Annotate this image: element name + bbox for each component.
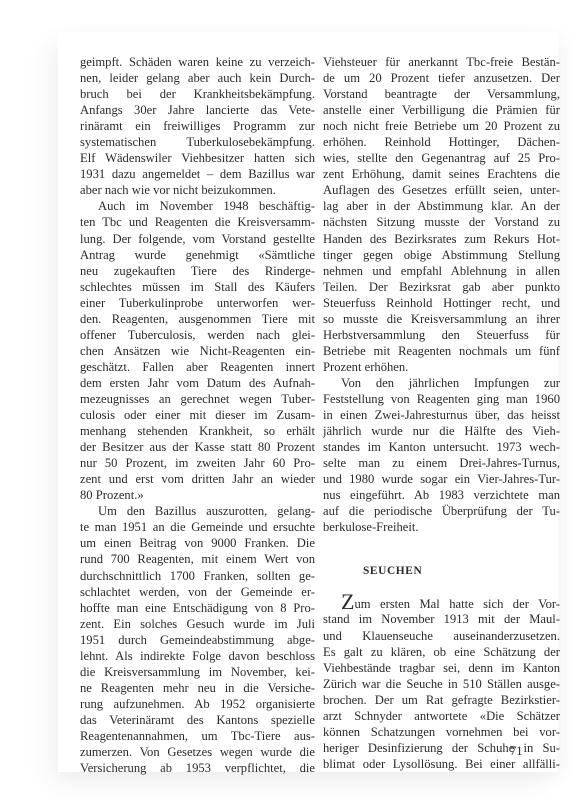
text-line: Elf Wädenswiler Viehbesitzer hatten sich [80, 150, 315, 166]
text-line: auf die periodische Überprüfung der Tu- [323, 503, 560, 519]
text-line: brochen. Der um Rat gefragte Bezirkstier… [323, 692, 560, 708]
right-column: Viehsteuer für anerkannt Tbc-freie Bestä… [323, 54, 560, 772]
paragraph-tuberculosis-continued: geimpft. Schäden waren keine zu verzeich… [80, 54, 315, 198]
text-line: nächsten Sitzung musste der Vorstand zu [323, 214, 560, 230]
text-line: das Veterinäramt des Kantons spezielle [80, 712, 315, 728]
text-line: einer Tuberkulinprobe unterworfen wer- [80, 295, 315, 311]
text-line: hoffte man eine Entschädigung von 8 Pro- [80, 600, 315, 616]
text-line: Vorstand beantragte der Versammlung, [323, 86, 560, 102]
text-line: und Klauenseuche auseinanderzusetzen. [323, 628, 560, 644]
text-line: Von den jährlichen Impfungen zur [323, 375, 560, 391]
text-line: Viehbestände tragbar sei, denn im Kanton [323, 660, 560, 676]
text-line: nur 50 Prozent, im zweiten Jahr 60 Pro- [80, 455, 315, 471]
text-line: dem ersten Jahr vom Datum des Aufnah- [80, 375, 315, 391]
text-line: Viehsteuer für anerkannt Tbc-freie Bestä… [323, 54, 560, 70]
text-line-first: Zum ersten Mal hatte sich der Vor- [323, 595, 560, 611]
text-line: den. Reagenten, ausgenommen Tiere mit [80, 311, 315, 327]
paragraph-impfungen: Von den jährlichen Impfungen zur Festste… [323, 375, 560, 535]
text-line: rinäramt ein freiwilliges Programm zur [80, 118, 315, 134]
text-line: Teilen. Der Bezirksrat gab aber punkto [323, 279, 560, 295]
text-line: ten Tbc und Reagenten die Kreisversamm- [80, 214, 315, 230]
text-line: schlechtes müssen im Stall des Käufers [80, 279, 315, 295]
text-line: rung aufzunehmen. Ab 1952 organisierte [80, 696, 315, 712]
text-line: culosis oder einer mit dieser im Zusam- [80, 407, 315, 423]
text-line: Auch im November 1948 beschäftig- [80, 198, 315, 214]
text-line: lag aber in der Abstimmung klar. An der [323, 198, 560, 214]
book-page: geimpft. Schäden waren keine zu verzeich… [58, 32, 558, 772]
text-line: Reagentenannahmen, um Tbc-Tiere aus- [80, 728, 315, 744]
text-line: zent. Ein solches Gesuch wurde im Juli [80, 616, 315, 632]
text-line: Zürich war die Seuche in 510 Ställen aus… [323, 676, 560, 692]
text-line: stand im November 1913 mit der Maul- [323, 611, 560, 627]
text-line: jährlich wurde nur die Hälfte des Vieh- [323, 423, 560, 439]
text-line: Anfangs 30er Jahre lancierte das Vete- [80, 102, 315, 118]
text-line: mezeugnisses an gerechnet wegen Tuber- [80, 391, 315, 407]
text-line: schlachtet werden, von der Gemeinde er- [80, 584, 315, 600]
text-line: bruch bei der Krankheitsbekämpfung. [80, 86, 315, 102]
text-line: wies, stellte den Gegenantrag auf 25 Pro… [323, 150, 560, 166]
section-heading-seuchen: SEUCHEN [323, 563, 560, 579]
text-line: nen, leider gelang aber auch kein Durch- [80, 70, 315, 86]
text-line: Steuerfuss Reinhold Hottinger recht, und [323, 295, 560, 311]
text-line: chen Ansätzen wie Nicht-Reagenten ein- [80, 343, 315, 359]
paragraph-november-1948: Auch im November 1948 beschäftig- ten Tb… [80, 198, 315, 503]
first-line-rest: um ersten Mal hatte sich der Vor- [354, 597, 560, 611]
text-line: blimat oder Lysollösung. Bei einer allfä… [323, 756, 560, 772]
text-line: ne Reagenten mehr neu in die Versiche- [80, 680, 315, 696]
text-line: neu zugekauften Tiere des Rinderge- [80, 263, 315, 279]
text-line: Auflagen des Gesetzes erfüllt seien, unt… [323, 182, 560, 198]
text-line: geimpft. Schäden waren keine zu verzeich… [80, 54, 315, 70]
text-line: die Kreisversammlung im November, kei- [80, 664, 315, 680]
text-line: menhang stehenden Krankheit, so erhält [80, 423, 315, 439]
text-line: Es galt zu klären, ob eine Schätzung der [323, 644, 560, 660]
text-line: arzt Schnyder antwortete «Die Schätzer [323, 708, 560, 724]
left-column: geimpft. Schäden waren keine zu verzeich… [80, 54, 315, 776]
text-line: de um 20 Prozent tiefer anzusetzen. Der [323, 70, 560, 86]
paragraph-bazillus-1951: Um den Bazillus auszurotten, gelang- te … [80, 503, 315, 776]
page-number: 71 [510, 744, 523, 759]
text-line: Antrag wurde genehmigt «Sämtliche [80, 247, 315, 263]
text-line: so musste die Kreisversammlung an ihrer [323, 311, 560, 327]
text-line: erhöhen. Reinhold Hottinger, Dächen- [323, 134, 560, 150]
text-line: berkulose-Freiheit. [323, 519, 560, 535]
text-line: geschätzt. Fallen aber Reagenten innert [80, 359, 315, 375]
text-line: Versicherung ab 1953 verpflichtet, die [80, 760, 315, 776]
text-line: aber nach wie vor nicht beizukommen. [80, 182, 315, 198]
text-line: Feststellung von Reagenten ging man 1960 [323, 391, 560, 407]
paragraph-viehsteuer: Viehsteuer für anerkannt Tbc-freie Bestä… [323, 54, 560, 375]
text-line: lung. Der folgende, vom Vorstand gestell… [80, 231, 315, 247]
text-line: systematischen Tuberkulosebekämpfung. [80, 134, 315, 150]
text-line: Handen des Bezirksrates zum Rekurs Hot- [323, 231, 560, 247]
text-line: rund 700 Reagenten, mit einem Wert von [80, 551, 315, 567]
text-line: nus eingeführt. Ab 1983 verzichtete man [323, 487, 560, 503]
text-line: nehmen und empfahl Ablehnung in allen [323, 263, 560, 279]
text-line: selte man zu einem Drei-Jahres-Turnus, [323, 455, 560, 471]
text-line: te man 1951 an die Gemeinde und ersuchte [80, 519, 315, 535]
text-line: und 1980 wurde sogar ein Vier-Jahres-Tur… [323, 471, 560, 487]
text-line: Prozent erhöhen. [323, 359, 560, 375]
text-line: heriger Desinfizierung der Schuhe in Su- [323, 740, 560, 756]
text-line: tinger gegen obige Abstimmung Stellung [323, 247, 560, 263]
text-line: zumerzen. Von Gesetzes wegen wurde die [80, 744, 315, 760]
text-line: der Besitzer aus der Kasse statt 80 Proz… [80, 439, 315, 455]
text-line: zent und erst vom dritten Jahr an wieder [80, 471, 315, 487]
text-line: können Schatzungen vornehmen bei vor- [323, 724, 560, 740]
text-line: Herbstversammlung den Steuerfuss für [323, 327, 560, 343]
text-line: lehnt. Als indirekte Folge davon beschlo… [80, 648, 315, 664]
text-line: zent Erhöhung, damit seines Erachtens di… [323, 166, 560, 182]
text-line: um einen Beitrag von 9000 Franken. Die [80, 535, 315, 551]
text-line: Betriebe mit Reagenten nochmals um fünf [323, 343, 560, 359]
text-line: in einen Zwei-Jahresturnus über, das hei… [323, 407, 560, 423]
text-line: noch nicht freie Betriebe um 20 Prozent … [323, 118, 560, 134]
text-line: standes im Kanton untersucht. 1973 wech- [323, 439, 560, 455]
paragraph-seuchen: Zum ersten Mal hatte sich der Vor- stand… [323, 595, 560, 772]
text-line: offener Tuberculosis, werden nach glei- [80, 327, 315, 343]
text-line: 1931 dazu angemeldet – dem Bazillus war [80, 166, 315, 182]
text-line: 1951 durch Gemeindeabstimmung abge- [80, 632, 315, 648]
text-line: 80 Prozent.» [80, 487, 315, 503]
text-line: durchschnittlich 1700 Franken, sollten g… [80, 568, 315, 584]
text-line: anstelle einer Verbilligung die Prämien … [323, 102, 560, 118]
text-line: Um den Bazillus auszurotten, gelang- [80, 503, 315, 519]
